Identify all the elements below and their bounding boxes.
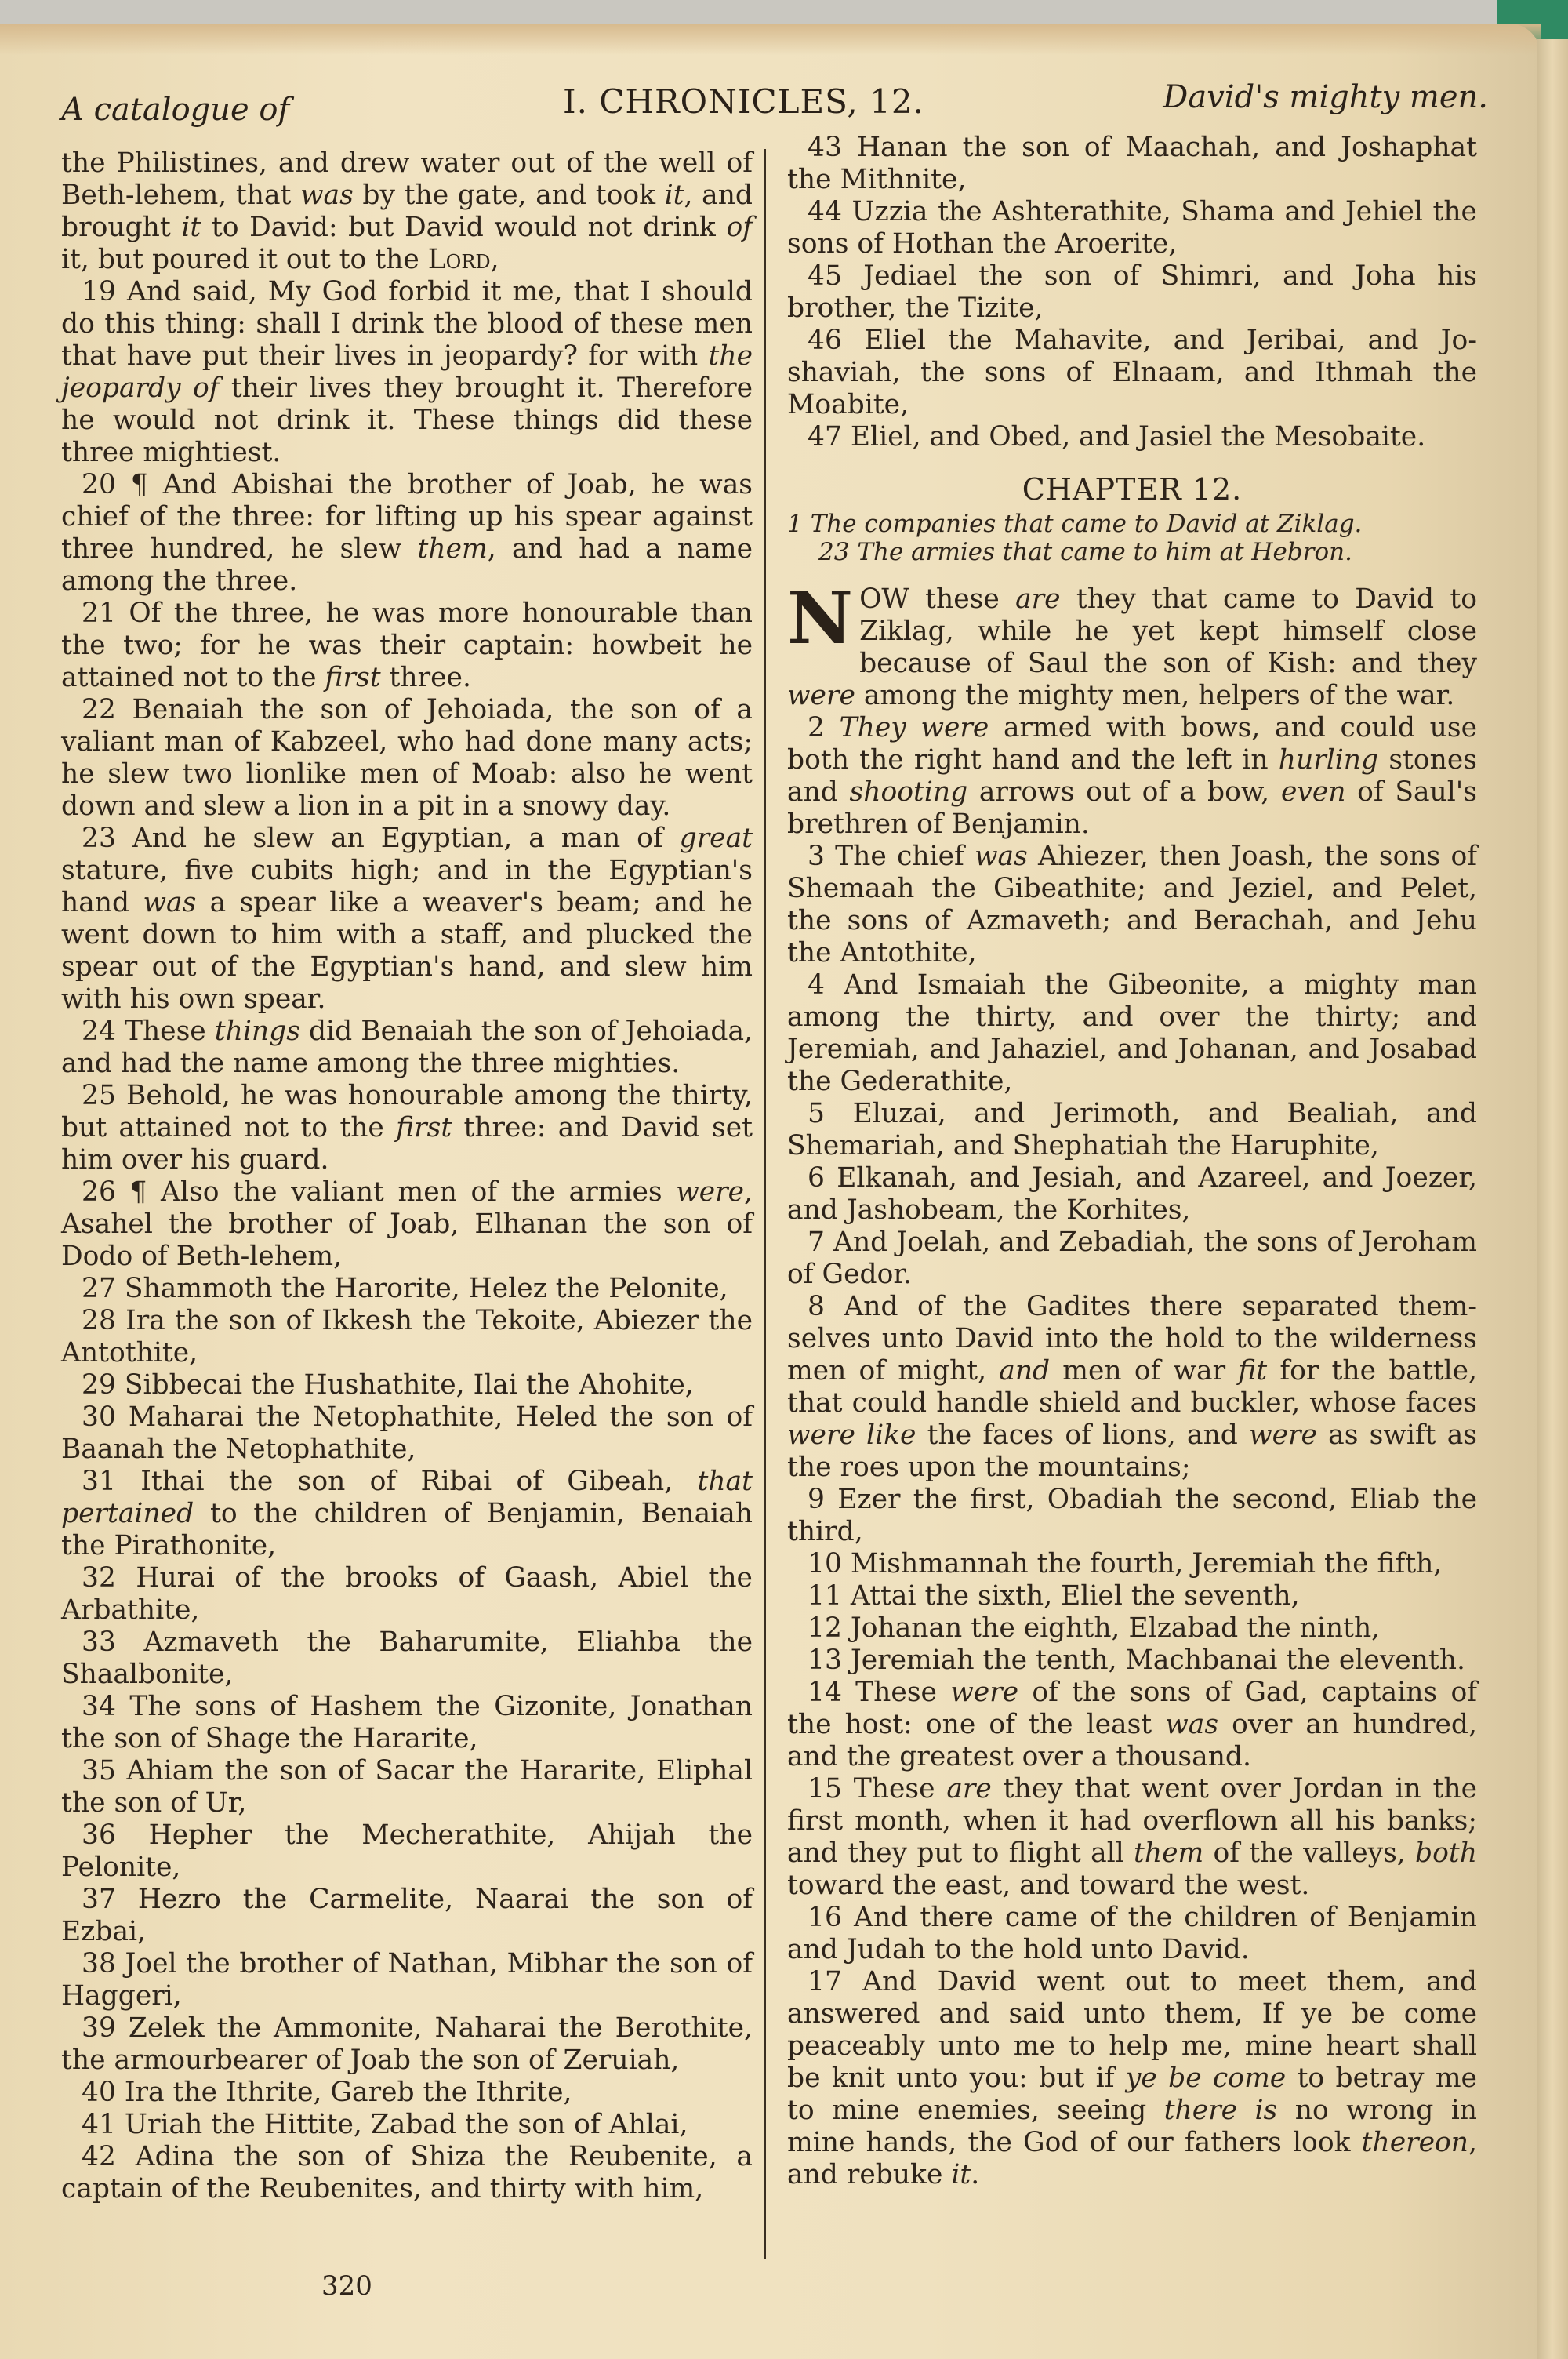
italic-supplied-word: them: [418, 533, 488, 565]
verse-text: Also the valiant men of the armies: [161, 1176, 676, 1208]
verse-2: 2 They were armed with bows, and could u…: [787, 712, 1477, 841]
italic-supplied-word: of: [726, 212, 753, 243]
header-right-caption: David's mighty men.: [1163, 79, 1488, 115]
right-column: 43 Hanan the son of Maachah, and Josha­p…: [787, 132, 1477, 2191]
summary-text: The companies that came to David at Zikl…: [811, 510, 1363, 538]
italic-supplied-word: it: [665, 180, 684, 211]
verse-number: 21: [82, 598, 129, 629]
verse-36: 36 Hepher the Mecherathite, Ahijah the P…: [61, 1819, 753, 1884]
italic-supplied-word: both: [1415, 1837, 1477, 1869]
verse-text: Hepher the Mecherathite, Ahijah the Pelo…: [61, 1819, 753, 1883]
italic-supplied-word: it: [951, 2159, 971, 2190]
verse-text: OW these: [859, 583, 1015, 615]
verse-9: 9 Ezer the first, Obadiah the second, El…: [787, 1484, 1477, 1548]
verse-23: 23 And he slew an Egyptian, a man of gre…: [61, 823, 753, 1016]
verse-12: 12 Johanan the eighth, Elzabad the ninth…: [787, 1612, 1477, 1645]
verse-30: 30 Maharai the Netophathite, Heled the s…: [61, 1401, 753, 1466]
verse-number: 20: [82, 469, 131, 500]
verse-number: 17: [808, 1966, 862, 1997]
verse-text: Maharai the Netophathite, Heled the son …: [61, 1401, 753, 1465]
verse-29: 29 Sibbecai the Hushathite, Ilai the Aho…: [61, 1369, 753, 1401]
verse-number: 44: [808, 196, 851, 227]
verse-text: These: [855, 1677, 950, 1708]
verse-3: 3 The chief was Ahiezer, then Joash, the…: [787, 841, 1477, 969]
verse-number: 13: [808, 1645, 851, 1676]
verse-34: 34 The sons of Hashem the Gizonite, Jo­n…: [61, 1691, 753, 1755]
verse-22: 22 Benaiah the son of Jehoiada, the son …: [61, 694, 753, 823]
verse-number: 47: [808, 421, 851, 453]
verse-text: of the valleys,: [1203, 1837, 1415, 1869]
verse-44: 44 Uzzia the Ashterathite, Shama and Je­…: [787, 196, 1477, 260]
column-divider: [764, 149, 766, 2259]
verse-number: 19: [82, 276, 127, 307]
verse-11: 11 Attai the sixth, Eliel the seventh,: [787, 1580, 1477, 1612]
verse-8: 8 And of the Gadites there separated the…: [787, 1291, 1477, 1484]
italic-supplied-word: were: [1249, 1419, 1317, 1451]
verse-text: Sibbecai the Hushathite, Ilai the Ahohit…: [125, 1369, 694, 1401]
verse-text: toward the east, and toward the west.: [787, 1870, 1309, 1901]
verse-1: N OW these are they that came to David t…: [787, 583, 1477, 712]
italic-supplied-word: shooting: [850, 776, 968, 808]
verse-number: 2: [808, 712, 840, 743]
verse-number: 45: [808, 260, 863, 292]
verse-number: 23: [82, 823, 132, 854]
verse-text: Eliel the Mahavite, and Jeribai, and Jo­…: [787, 325, 1477, 420]
italic-supplied-word: were: [787, 680, 855, 711]
summary-line: 23 The armies that came to him at Hebron…: [787, 538, 1477, 566]
verse-46: 46 Eliel the Mahavite, and Jeribai, and …: [787, 325, 1477, 421]
italic-supplied-word: hurl­ing: [1279, 744, 1378, 776]
verse-text: Azmaveth the Baharumite, Eliahba the Sha…: [61, 1627, 753, 1690]
verse-4: 4 And Ismaiah the Gibeonite, a mighty ma…: [787, 969, 1477, 1098]
verse-35: 35 Ahiam the son of Sacar the Hararite, …: [61, 1755, 753, 1819]
verse-24: 24 These things did Benaiah the son of J…: [61, 1016, 753, 1080]
verse-number: 29: [82, 1369, 125, 1401]
verse-47: 47 Eliel, and Obed, and Jasiel the Mesob…: [787, 421, 1477, 453]
italic-supplied-word: were like: [787, 1419, 916, 1451]
verse-text: men of war: [1050, 1355, 1238, 1387]
verse-21: 21 Of the three, he was more honourable …: [61, 598, 753, 694]
verse-number: 11: [808, 1580, 851, 1612]
verse-text: Ezer the first, Obadiah the second, Elia…: [787, 1484, 1477, 1547]
verse-number: 40: [82, 2077, 125, 2108]
verse-number: 22: [82, 694, 132, 725]
verse-text: Elkanah, and Jesiah, and Azareel, and Jo…: [787, 1162, 1477, 1226]
verse-number: 14: [808, 1677, 855, 1708]
verse-28: 28 Ira the son of Ikkesh the Tekoite, Ab…: [61, 1305, 753, 1369]
verse-number: 43: [808, 132, 857, 163]
italic-supplied-word: They were: [840, 712, 989, 743]
verse-text: arrows out of a bow,: [967, 776, 1281, 808]
chapter-summary: 1 The companies that came to David at Zi…: [787, 510, 1477, 566]
verse-text: Ahiam the son of Sacar the Hararite, Eli…: [61, 1755, 753, 1819]
italic-supplied-word: was: [975, 841, 1028, 872]
verse-text: by the gate, and took: [354, 180, 665, 211]
verse-number: 12: [808, 1612, 851, 1644]
verse-text: And he slew an Egyptian, a man of: [132, 823, 680, 854]
verse-text: the faces of lions, and: [916, 1419, 1249, 1451]
verse-25: 25 Behold, he was honourable among the t…: [61, 1080, 753, 1176]
verse-text: .: [971, 2159, 979, 2190]
verse-text: These: [854, 1773, 947, 1805]
verse-text: And there came of the children of Ben­ja…: [787, 1902, 1477, 1965]
verse-13: 13 Jeremiah the tenth, Machbanai the ele…: [787, 1645, 1477, 1677]
verse-number: 35: [82, 1755, 127, 1787]
verse-32: 32 Hurai of the brooks of Gaash, Abiel t…: [61, 1562, 753, 1627]
summary-line: 1 The companies that came to David at Zi…: [787, 510, 1477, 538]
verse-continuation: the Philistines, and drew water out of t…: [61, 147, 753, 276]
drop-cap: N: [787, 587, 853, 649]
verse-number: 34: [82, 1691, 129, 1722]
chapter11-verse-list: 43 Hanan the son of Maachah, and Josha­p…: [787, 132, 1477, 453]
verse-text: Joel the brother of Nathan, Mibhar the s…: [61, 1948, 753, 2012]
verse-text: The sons of Hashem the Gizonite, Jo­nath…: [61, 1691, 753, 1754]
verse-text: Jediael the son of Shimri, and Joha his …: [787, 260, 1477, 324]
verse-number: 27: [82, 1273, 125, 1304]
italic-supplied-word: ye be come: [1126, 2063, 1286, 2094]
verse-number: 36: [82, 1819, 149, 1851]
verse-text: Eliel, and Obed, and Jasiel the Mesobait…: [851, 421, 1425, 453]
verse-1-text: OW these are they that came to David to …: [787, 583, 1477, 712]
italic-supplied-word: were: [950, 1677, 1018, 1708]
verse-7: 7 And Joelah, and Zebadiah, the sons of …: [787, 1227, 1477, 1291]
header-book-chapter: I. CHRONICLES, 12.: [563, 82, 924, 121]
italic-supplied-word: it: [181, 212, 201, 243]
verse-10: 10 Mishmannah the fourth, Jeremiah the f…: [787, 1548, 1477, 1580]
verse-number: 31: [82, 1466, 140, 1497]
pilcrow-icon: ¶: [131, 469, 163, 500]
verse-text: three.: [381, 662, 471, 693]
verse-5: 5 Eluzai, and Jerimoth, and Bealiah, and…: [787, 1098, 1477, 1162]
verse-number: 38: [82, 1948, 125, 1979]
verse-text: The chief: [835, 841, 975, 872]
verse-number: 32: [82, 1562, 136, 1594]
verse-number: 3: [808, 841, 835, 872]
verse-text: Johanan the eighth, Elzabad the ninth,: [851, 1612, 1380, 1644]
italic-supplied-word: thereon: [1362, 2127, 1468, 2158]
header-left-caption: A catalogue of: [61, 92, 289, 128]
verse-number: 8: [808, 1291, 844, 1322]
verse-text: Ira the Ithrite, Gareb the Ithrite,: [125, 2077, 572, 2108]
verse-text: Jeremiah the tenth, Machbanai the eleven…: [851, 1645, 1465, 1676]
verse-42: 42 Adina the son of Shiza the Reubenite,…: [61, 2141, 753, 2205]
verse-20: 20 ¶ And Abishai the brother of Joab, he…: [61, 469, 753, 598]
verse-text: Hanan the son of Maachah, and Josha­phat…: [787, 132, 1477, 195]
verse-text: Attai the sixth, Eliel the seventh,: [851, 1580, 1300, 1612]
verse-number: 42: [82, 2141, 136, 2172]
running-header: A catalogue of I. CHRONICLES, 12. David'…: [61, 82, 1488, 137]
verse-26: 26 ¶ Also the valiant men of the armies …: [61, 1176, 753, 1273]
verse-6: 6 Elkanah, and Jesiah, and Azareel, and …: [787, 1162, 1477, 1227]
verse-text: Adina the son of Shiza the Reubenite, a …: [61, 2141, 753, 2205]
verse-text: Zelek the Ammonite, Naharai the Be­rothi…: [61, 2012, 753, 2076]
chapter12-verse-list: 2 They were armed with bows, and could u…: [787, 712, 1477, 2191]
verse-number: 30: [82, 1401, 129, 1433]
italic-supplied-word: first: [396, 1112, 452, 1143]
verse-number: 24: [82, 1016, 125, 1047]
summary-verse-number: 1: [787, 510, 803, 538]
italic-supplied-word: there is: [1164, 2095, 1278, 2126]
verse-text: among the mighty men, helpers of the war…: [855, 680, 1455, 711]
next-page-edge: [1537, 39, 1568, 2359]
italic-supplied-word: was: [143, 887, 196, 918]
verse-text: And Joelah, and Zebadiah, the sons of Je…: [787, 1227, 1477, 1290]
verse-text: Mishmannah the fourth, Jeremiah the fift…: [851, 1548, 1442, 1579]
verse-number: 41: [82, 2109, 125, 2140]
verse-text: Uriah the Hittite, Zabad the son of Ahla…: [125, 2109, 688, 2140]
verse-text: it, but poured it out to the: [61, 244, 428, 275]
italic-supplied-word: and: [999, 1355, 1050, 1387]
verse-37: 37 Hezro the Carmelite, Naarai the son o…: [61, 1884, 753, 1948]
verse-number: 25: [82, 1080, 126, 1111]
verse-number: 5: [808, 1098, 853, 1129]
verse-number: 28: [82, 1305, 125, 1336]
verse-number: 26: [82, 1176, 130, 1208]
verse-number: 37: [82, 1884, 138, 1915]
verse-text: ,: [491, 244, 499, 275]
verse-16: 16 And there came of the children of Ben…: [787, 1902, 1477, 1966]
left-verse-list: 19 And said, My God forbid it me, that I…: [61, 276, 753, 2205]
summary-verse-number: 23: [818, 538, 849, 566]
verse-text: Benaiah the son of Jehoiada, the son of …: [61, 694, 753, 822]
verse-number: 15: [808, 1773, 854, 1805]
verse-38: 38 Joel the brother of Nathan, Mibhar th…: [61, 1948, 753, 2012]
verse-14: 14 These were of the sons of Gad, captai…: [787, 1677, 1477, 1773]
verse-number: 16: [808, 1902, 854, 1933]
verse-text: Hezro the Carmelite, Naarai the son of E…: [61, 1884, 753, 1947]
italic-supplied-word: them: [1134, 1837, 1203, 1869]
verse-number: 7: [808, 1227, 833, 1258]
verse-number: 10: [808, 1548, 851, 1579]
verse-number: 39: [82, 2012, 129, 2044]
verse-text: Shammoth the Harorite, Helez the Pe­loni…: [125, 1273, 728, 1304]
page-top-edge-stain: [0, 24, 1541, 55]
italic-supplied-word: first: [325, 662, 380, 693]
italic-supplied-word: were: [676, 1176, 744, 1208]
verse-15: 15 These are they that went over Jordan …: [787, 1773, 1477, 1902]
verse-number: 9: [808, 1484, 837, 1515]
verse-number: 46: [808, 325, 864, 356]
verse-40: 40 Ira the Ithrite, Gareb the Ithrite,: [61, 2077, 753, 2109]
verse-text: And said, My God forbid it me, that I sh…: [61, 276, 753, 372]
verse-number: 4: [808, 969, 844, 1001]
pilcrow-icon: ¶: [130, 1176, 162, 1208]
verse-text: Eluzai, and Jerimoth, and Bealiah, and S…: [787, 1098, 1477, 1161]
verse-text: These: [125, 1016, 215, 1047]
italic-supplied-word: fit: [1238, 1355, 1267, 1387]
left-column: the Philistines, and drew water out of t…: [61, 147, 753, 2205]
italic-supplied-word: even: [1281, 776, 1346, 808]
italic-supplied-word: are: [1015, 583, 1060, 615]
verse-text: And Ismaiah the Gibeonite, a mighty man …: [787, 969, 1477, 1097]
verse-45: 45 Jediael the son of Shimri, and Joha h…: [787, 260, 1477, 325]
chapter-heading: CHAPTER 12.: [787, 471, 1477, 508]
verse-39: 39 Zelek the Ammonite, Naharai the Be­ro…: [61, 2012, 753, 2077]
verse-41: 41 Uriah the Hittite, Zabad the son of A…: [61, 2109, 753, 2141]
verse-text: Ira the son of Ikkesh the Tekoite, Abi­e…: [61, 1305, 753, 1369]
italic-supplied-word: great: [680, 823, 753, 854]
verse-33: 33 Azmaveth the Baharumite, Eliahba the …: [61, 1627, 753, 1691]
summary-text: The armies that came to him at Hebron.: [857, 538, 1352, 566]
verse-text: to David: but David would not drink: [201, 212, 726, 243]
verse-number: 6: [808, 1162, 837, 1194]
verse-text: Ithai the son of Ribai of Gibeah,: [140, 1466, 697, 1497]
italic-supplied-word: are: [946, 1773, 991, 1805]
small-caps-word: Lord: [428, 244, 491, 275]
verse-19: 19 And said, My God forbid it me, that I…: [61, 276, 753, 469]
italic-supplied-word: things: [215, 1016, 300, 1047]
italic-supplied-word: was: [1165, 1709, 1218, 1740]
verse-text: Uzzia the Ashterathite, Shama and Je­hie…: [787, 196, 1477, 260]
verse-43: 43 Hanan the son of Maachah, and Josha­p…: [787, 132, 1477, 196]
italic-supplied-word: was: [300, 180, 354, 211]
page-number: 320: [321, 2270, 372, 2302]
verse-27: 27 Shammoth the Harorite, Helez the Pe­l…: [61, 1273, 753, 1305]
verse-31: 31 Ithai the son of Ribai of Gibeah, tha…: [61, 1466, 753, 1562]
verse-17: 17 And David went out to meet them, and …: [787, 1966, 1477, 2191]
verse-text: Hurai of the brooks of Gaash, Abiel the …: [61, 1562, 753, 1626]
verse-number: 33: [82, 1627, 143, 1658]
